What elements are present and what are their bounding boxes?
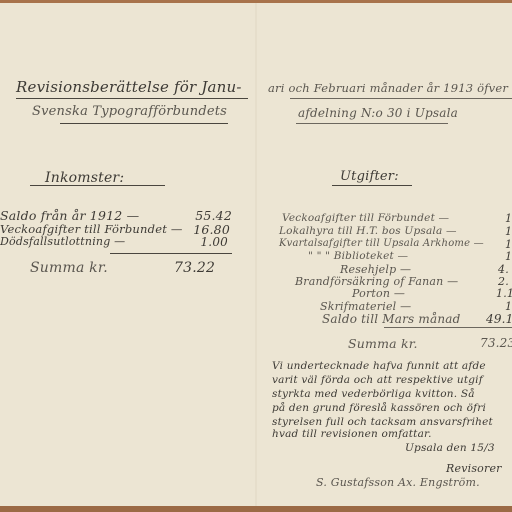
expenses-total-label: Summa kr. (348, 336, 418, 351)
income-heading: Inkomster: (45, 170, 124, 186)
expense-row-amount: 1 (505, 225, 512, 238)
title-underline-1-right (290, 98, 512, 99)
expenses-heading: Utgifter: (340, 169, 399, 184)
title-line2-right: afdelning N:o 30 i Upsala (298, 106, 458, 120)
expense-row-label: Kvartalsafgifter till Upsala Arkhome — (279, 238, 484, 249)
income-row-label: Saldo från år 1912 — (0, 208, 139, 223)
expense-row-label: Saldo till Mars månad (322, 312, 461, 326)
page-fold (255, 3, 257, 506)
income-row-amount: 1.00 (190, 235, 228, 249)
statement-line: styrkta med vederbörliga kvitton. Så (272, 388, 475, 400)
signatures: S. Gustafsson Ax. Engström. (316, 476, 480, 489)
expenses-total-amount: 73.23 (480, 336, 512, 350)
statement-line: på den grund föreslå kassören och öfri (272, 402, 486, 414)
statement-line: hvad till revisionen omfattar. (272, 428, 432, 440)
title-underline-2-right (296, 123, 448, 124)
place-date: Upsala den 15/3 (405, 442, 495, 454)
title-line2-left: Svenska Typografförbundets (32, 104, 227, 119)
expenses-total-rule (384, 327, 512, 328)
expense-row-label: " " " Biblioteket — (308, 250, 408, 262)
income-row-amount: 55.42 (190, 208, 232, 223)
signature-title: Revisorer (446, 462, 502, 475)
income-heading-underline (30, 185, 165, 186)
title-line1-left: Revisionsberättelse för Janu- (16, 78, 242, 96)
expense-row-label: Porton — (352, 287, 405, 300)
income-total-label: Summa kr. (30, 260, 108, 276)
statement-line: styrelsen full och tacksam ansvarsfrihet (272, 416, 493, 428)
income-total-rule (110, 253, 232, 254)
statement-line: Vi undertecknade hafva funnit att afde (272, 360, 486, 372)
statement-line: varit väl förda och att respektive utgif (272, 374, 483, 386)
expense-row-amount: 1 (505, 250, 512, 263)
document-page: Revisionsberättelse för Janu- ari och Fe… (0, 3, 512, 506)
expense-row-label: Veckoafgifter till Förbundet — (282, 212, 449, 224)
wooden-background-bottom (0, 506, 512, 512)
title-underline-1-left (16, 98, 248, 99)
income-row-label: Dödsfallsutlottning — (0, 235, 125, 248)
expense-row-amount: 1 (505, 212, 512, 225)
title-line1-right: ari och Februari månader år 1913 öfver (268, 81, 508, 95)
income-total-amount: 73.22 (174, 260, 215, 276)
expense-row-amount: 49.1 (486, 312, 512, 326)
income-row-label: Veckoafgifter till Förbundet — (0, 222, 183, 236)
title-underline-2-left (60, 123, 228, 124)
expenses-heading-underline (332, 185, 412, 186)
expense-row-label: Lokalhyra till H.T. bos Upsala — (279, 225, 457, 237)
expense-row-amount: 1.1 (496, 287, 512, 300)
